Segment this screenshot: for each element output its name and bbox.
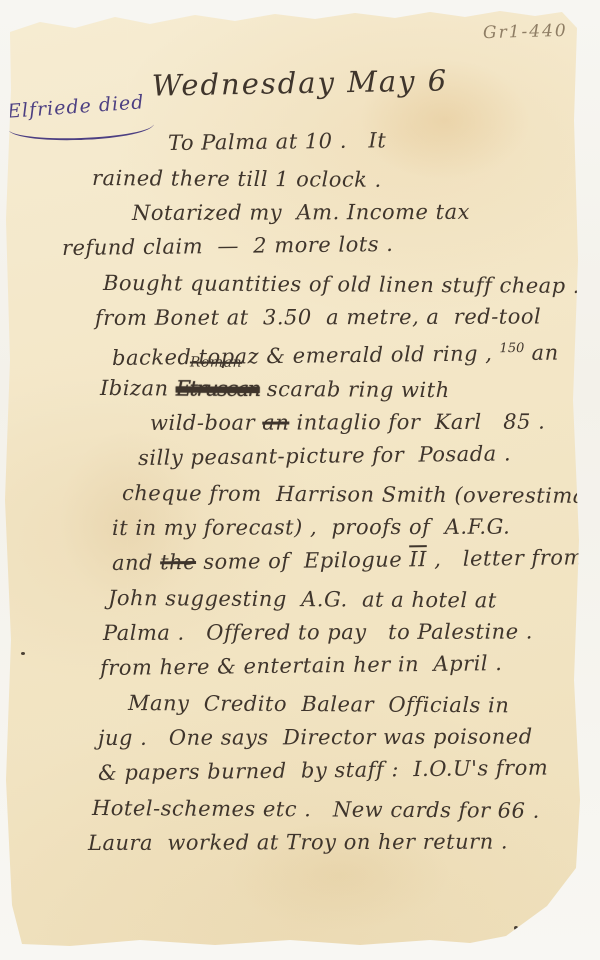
handwritten-line: from here & entertain her in April . xyxy=(100,645,600,686)
struck-word: an xyxy=(262,411,289,435)
line-text: silly peasant-picture for Posada . xyxy=(138,441,511,470)
line-text: backed topaz & emerald old ring , xyxy=(112,341,500,370)
line-text: Bought quantities of old linen stuff che… xyxy=(103,271,580,298)
line-text: an xyxy=(524,341,559,365)
line-text: rained there till 1 oclock . xyxy=(92,166,382,192)
line-text: Notarized my Am. Income tax xyxy=(132,200,470,225)
inserted-word: Roman xyxy=(190,356,242,370)
handwritten-line: backed topaz & emerald old ring , 150 an xyxy=(112,330,600,371)
line-text: some of Epilogue xyxy=(196,547,410,574)
handwritten-line: refund claim — 2 more lots . xyxy=(62,224,600,266)
struck-word: Etruscan xyxy=(176,376,260,401)
ink-speck xyxy=(21,652,25,655)
line-text: Hotel-schemes etc . New cards for 66 . xyxy=(92,796,540,823)
handwritten-line: To Palma at 10 . It xyxy=(168,121,600,161)
handwritten-line: rained there till 1 oclock . xyxy=(92,161,600,199)
paper-sheet: Gr1-440 Wednesday May 6 Elfriede died To… xyxy=(0,0,600,960)
page-title: Wednesday May 6 xyxy=(152,63,449,102)
handwritten-line: silly peasant-picture for Posada . xyxy=(138,435,600,476)
handwritten-line: Laura worked at Troy on her return . xyxy=(88,824,600,861)
line-text: scarab ring with xyxy=(260,377,450,402)
manuscript-scan: Gr1-440 Wednesday May 6 Elfriede died To… xyxy=(0,0,600,960)
line-text: Palma . Offered to pay to Palestine . xyxy=(103,619,533,645)
line-text: John suggesting A.G. at a hotel at xyxy=(108,586,497,612)
line-text: jug . One says Director was poisoned xyxy=(98,724,533,750)
handwritten-line: Many Credito Balear Officials in xyxy=(128,686,600,724)
handwritten-line: John suggesting A.G. at a hotel at xyxy=(108,581,600,619)
line-text: 150 xyxy=(499,341,524,356)
handwritten-line: Bought quantities of old linen stuff che… xyxy=(103,266,600,304)
handwritten-line: Ibizan RomanEtruscan scarab ring with xyxy=(100,371,600,409)
line-text: wild-boar xyxy=(150,411,262,435)
line-text: and xyxy=(112,550,160,575)
line-text: it in my forecast) , proofs of A.F.G. xyxy=(112,515,510,540)
line-text: II xyxy=(409,547,427,571)
line-text: Ibizan xyxy=(100,376,176,400)
handwritten-line: and the some of Epilogue II , letter fro… xyxy=(112,540,600,581)
line-text: & papers burned by staff : I.O.U's from xyxy=(98,756,548,785)
line-text: Laura worked at Troy on her return . xyxy=(88,830,508,855)
ink-speck xyxy=(514,926,518,930)
line-text: from Bonet at 3.50 a metre, a red-tool xyxy=(95,304,541,330)
line-text: from here & entertain her in April . xyxy=(100,651,503,680)
line-text: refund claim — 2 more lots . xyxy=(62,232,394,260)
catalog-number: Gr1-440 xyxy=(483,21,568,43)
line-text: intaglio for Karl 85 . xyxy=(289,410,545,435)
line-text: , letter from xyxy=(427,545,584,571)
line-text: To Palma at 10 . It xyxy=(168,128,386,155)
line-text: cheque from Harrison Smith (overestimate… xyxy=(122,481,600,508)
manuscript-lines: To Palma at 10 . Itrained there till 1 o… xyxy=(0,126,600,861)
handwritten-line: & papers burned by staff : I.O.U's from xyxy=(98,750,600,791)
handwritten-line: cheque from Harrison Smith (overestimate… xyxy=(122,476,600,514)
line-text: Many Credito Balear Officials in xyxy=(128,691,509,717)
corrected-word: RomanEtruscan xyxy=(176,371,260,407)
margin-note: Elfriede died xyxy=(6,91,145,123)
handwritten-line: Hotel-schemes etc . New cards for 66 . xyxy=(92,791,600,829)
struck-word: the xyxy=(160,550,196,574)
